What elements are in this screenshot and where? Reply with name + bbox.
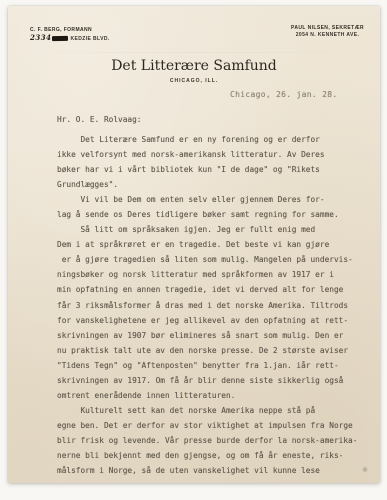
typed-line: målsform i Norge, så de uten vanskelighe… [57, 463, 367, 478]
letterhead-right: PAUL NILSEN, SEKRETÆR 2054 N. KENNETH AV… [291, 25, 364, 39]
typed-line: skrivningen av 1917. Om få år blir denne… [57, 373, 367, 388]
typed-line: Så litt om språksaken igjen. Jeg er full… [57, 222, 367, 237]
typed-line: ikke velforsynt med norsk-amerikansk lit… [57, 147, 367, 162]
typed-line: ningsbøker og norsk litteratur med språk… [57, 267, 367, 282]
organization-location: CHICAGO, ILL. [8, 78, 380, 84]
typed-line: er å gjøre tragedien så liten som mulig.… [57, 252, 367, 267]
letter-paper: C. F. BERG, FORMANN 2334KEDZIE BLVD. PAU… [8, 6, 380, 483]
sekretaer-name: PAUL NILSEN, SEKRETÆR [291, 25, 364, 32]
typed-line: får 3 riksmålsformer å dras med i det no… [57, 298, 367, 313]
typed-line: "Tidens Tegn" og "Aftenposten" benytter … [57, 358, 367, 373]
typed-line: for vanskelighetene er jeg allikevel av … [57, 313, 367, 328]
typed-line: nu praktisk talt ute av den norske press… [57, 343, 367, 358]
dateline: Chicago, 26. jan. 28. [230, 90, 337, 99]
typed-line: Vi vil be Dem om enten selv eller gjenne… [57, 192, 367, 207]
letter-body: Hr. O. E. Rolvaag: Det Literære Samfund … [57, 112, 367, 478]
formann-address: 2334KEDZIE BLVD. [30, 34, 110, 43]
typed-line: Grundlægges". [57, 177, 367, 192]
typed-line: omtrent enerådende innen litteraturen. [57, 388, 367, 403]
body-paragraphs: Det Literære Samfund er en ny forening o… [57, 132, 367, 478]
organization-name: Det Litterære Samfund [8, 58, 380, 74]
salutation: Hr. O. E. Rolvaag: [57, 112, 367, 127]
corner-smudge [362, 466, 368, 473]
letterhead-left: C. F. BERG, FORMANN 2334KEDZIE BLVD. [30, 27, 110, 43]
sekretaer-address: 2054 N. KENNETH AVE. [291, 32, 364, 39]
paper-crease [8, 52, 380, 53]
typed-line: Dem i at språkrøret er en tragedie. Det … [57, 237, 367, 252]
typed-line: Kulturelt sett kan det norske Amerika ne… [57, 403, 367, 418]
typed-line: bøker har vi i vårt bibliotek kun "I de … [57, 162, 367, 177]
typed-line: lag å sende os Deres tidligere bøker sam… [57, 207, 367, 222]
street-name: KEDZIE BLVD. [70, 36, 109, 42]
redacted-street-number [52, 36, 68, 41]
typed-line: skrivningen av 1907 bør elimineres så sn… [57, 328, 367, 343]
typed-line: min opfatning en annen tragedie, idet vi… [57, 282, 367, 297]
typed-line: Det Literære Samfund er en ny forening o… [57, 132, 367, 147]
typed-line: egne ben. Det er derfor av stor viktighe… [57, 418, 367, 433]
handwritten-street-number: 2334 [30, 33, 51, 42]
typed-line: blir frisk og levende. Vår presse burde … [57, 433, 367, 448]
typed-line: nerne bli bekjennt med den gjengse, og o… [57, 448, 367, 463]
scanned-letter-screenshot: { "letterhead": { "left": { "name": "C. … [0, 0, 387, 500]
